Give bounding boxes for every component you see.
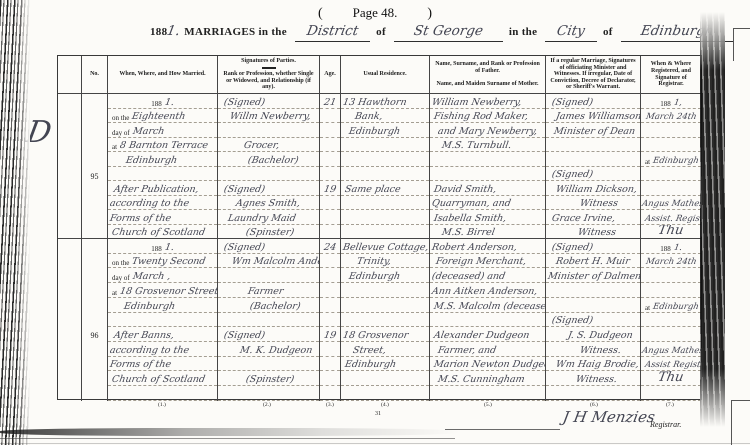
e95-entry-number: 95 (82, 94, 108, 239)
header-parents: Name, Surname, and Rank or Profession of… (430, 56, 546, 94)
e96-minister-witnesses-cell: (Signed)Robert H. MuirMinister of Dalmen… (546, 239, 641, 401)
register-title: 1881. MARRIAGES in the District of St Ge… (150, 22, 740, 42)
header-mother-line: Name, and Maiden Surname of Mother. (437, 81, 539, 88)
registrar-title-label: Registrar. (650, 420, 681, 429)
paren-open: ( (318, 6, 323, 22)
e95-signatures-cell: (Signed)Willm Newberry,Grocer,(Bachelor)… (218, 94, 320, 239)
page-number-label: Page 48. (353, 5, 398, 20)
title-of-2: of (603, 26, 613, 38)
header-age: Age. (320, 56, 341, 94)
page-number-heading: (Page 48.) (0, 5, 750, 22)
title-city-blank: City (545, 22, 597, 42)
e96-residence-cell: Bellevue Cottage,Trinity,Edinburgh18 Gro… (341, 239, 430, 401)
e95-residence-cell: 13 HawthornBank,EdinburghSame place (341, 94, 430, 239)
header-minister-witnesses: If a regular Marriage, Signatures of off… (546, 56, 641, 94)
footnote-2: (2.) (263, 402, 271, 408)
title-in-the: in the (509, 26, 537, 38)
title-year-script: 1. (166, 23, 182, 39)
title-district-script: District (305, 23, 359, 39)
header-signatures-divider (262, 67, 276, 70)
e96-margin-cell (58, 239, 82, 401)
scan-artifact-right-shadow (700, 12, 725, 427)
footnote-4: (4.) (381, 402, 389, 408)
sheet-number: 31 (375, 411, 381, 417)
adjacent-page-corner-top (733, 28, 750, 61)
header-when-where: When, Where, and How Married. (108, 56, 218, 94)
scan-artifact-bottom-smear (0, 428, 460, 436)
e96-parents-cell: Robert Anderson,Foreign Merchant,(deceas… (430, 239, 546, 401)
e96-registered-cell: 1881.March 24thatEdinburghAngus Matheson… (641, 239, 701, 401)
registrar-signature-line (445, 429, 560, 430)
e96-when-where-cell: 1881.on theTwenty Secondday ofMarch ,at1… (108, 239, 218, 401)
e96-age-cell: 2419 (320, 239, 341, 401)
title-city-script: City (556, 23, 587, 39)
scan-artifact-bottom-line (0, 438, 455, 439)
e95-when-where-cell: 1881.on theEighteenthday ofMarchat8 Barn… (108, 94, 218, 239)
footnote-1: (1.) (158, 402, 166, 408)
e96-signatures-cell: (Signed)Wm Malcolm AndersonFarmer(Bachel… (218, 239, 320, 401)
e95-registered-cell: 1881,March 24thatEdinburghAngus Matheson… (641, 94, 701, 239)
header-father-line: Name, Surname, and Rank or Profession of… (432, 61, 543, 74)
scanned-marriage-register-page: (Page 48.) 1881. MARRIAGES in the Distri… (0, 0, 750, 445)
header-no: No. (82, 56, 108, 94)
adjacent-page-corner-bottom (731, 400, 750, 445)
header-signatures: Signatures of Parties. Rank or Professio… (218, 56, 320, 94)
header-residence: Usual Residence. (341, 56, 430, 94)
header-signatures-sub: Rank or Profession, whether Single or Wi… (220, 71, 317, 91)
header-margin-cell (58, 56, 82, 94)
header-registered: When & Where Registered, and Signature o… (641, 56, 701, 94)
header-signatures-title: Signatures of Parties. (241, 58, 296, 65)
title-parish-script: St George (413, 23, 485, 39)
e95-age-cell: 2119 (320, 94, 341, 239)
title-of-1: of (376, 26, 386, 38)
footnote-5: (5.) (484, 402, 492, 408)
marriage-register-table: No. When, Where, and How Married. Signat… (57, 55, 702, 400)
e95-parents-cell: William Newberry,Fishing Rod Maker,and M… (430, 94, 546, 239)
e96-entry-number: 96 (82, 239, 108, 401)
e95-margin-cell (58, 94, 82, 239)
footnote-7: (7.) (666, 402, 674, 408)
title-marriages-text: MARRIAGES in the (184, 26, 287, 38)
e95-minister-witnesses-cell: (Signed)James WilliamsonMinister of Dean… (546, 94, 641, 239)
title-parish-blank: St George (394, 22, 503, 42)
title-year-printed: 188 (150, 26, 167, 38)
title-district-blank: District (295, 22, 370, 42)
scan-artifact-page-edge-line (0, 443, 750, 444)
paren-close: ) (427, 6, 432, 22)
footnote-3: (3.) (326, 402, 334, 408)
scan-artifact-left-binding (0, 0, 30, 445)
registrar-signature: J H Menzies (561, 408, 656, 426)
